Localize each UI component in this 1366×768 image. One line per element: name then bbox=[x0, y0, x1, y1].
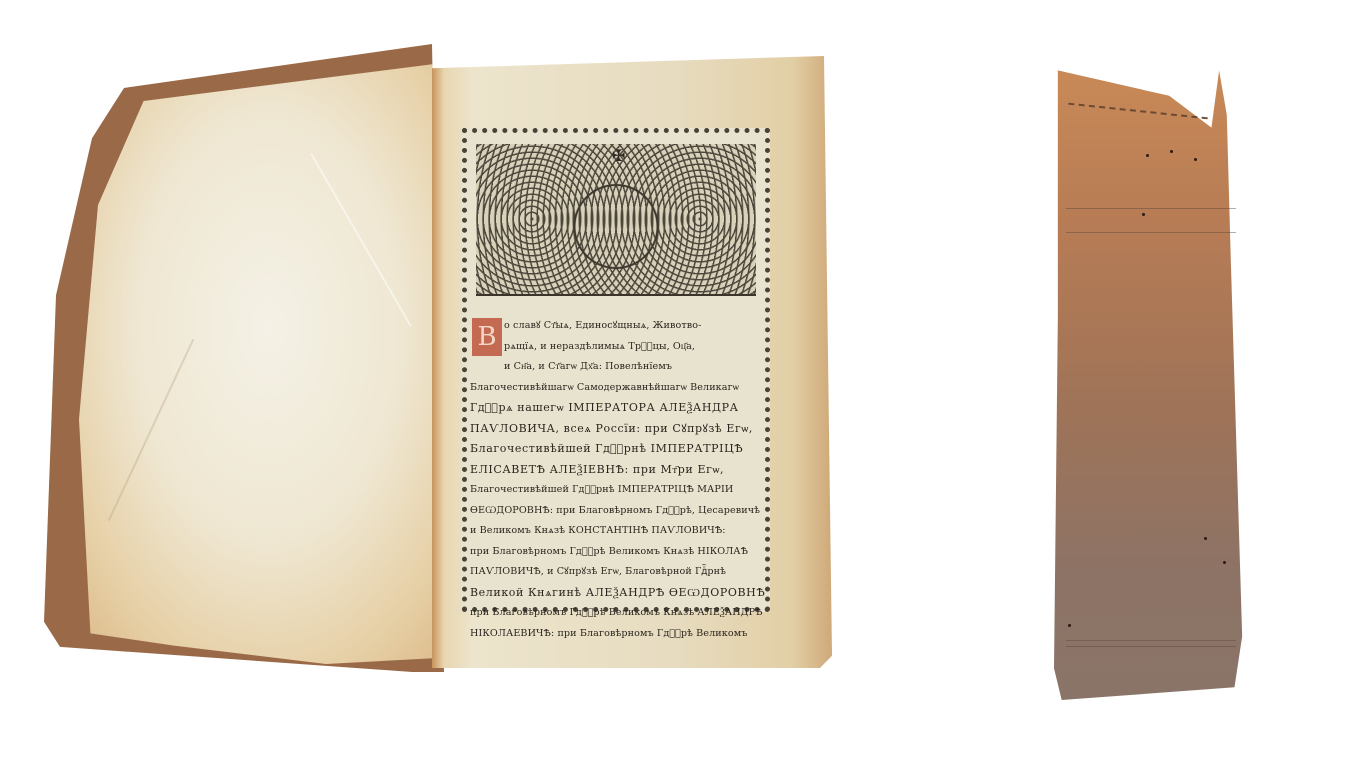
spine-band bbox=[1066, 232, 1236, 233]
wormhole bbox=[1068, 624, 1071, 627]
text-line: Благочестивѣйшей Гдⷭ҇рнѣ ІМПЕРАТРІЦѢ bbox=[470, 439, 766, 460]
text-line: Гдⷭ҇рѧ нашегѡ ІМПЕРАТОРА АЛЕѮАНДРА bbox=[470, 398, 766, 419]
spine-band bbox=[1066, 208, 1236, 209]
wormhole bbox=[1146, 154, 1149, 157]
text-line: Благочестивѣйшей Гдⷭ҇рнѣ ІМПЕРАТРІЦѢ МАР… bbox=[470, 480, 766, 501]
text-line: Благочестивѣйшагѡ Самодержавнѣйшагѡ Вели… bbox=[470, 378, 766, 399]
text-line: при Благовѣрномъ Гдⷭ҇рѣ Великомъ Кнѧзѣ А… bbox=[470, 603, 766, 624]
text-line: о славꙋ Ст҃ыѧ, Единосꙋщныѧ, Животво- bbox=[470, 316, 766, 337]
cross-icon: ✠ bbox=[612, 146, 625, 165]
wormhole bbox=[1194, 158, 1197, 161]
text-line: рѧщїѧ, и нераздѣлимыѧ Трⷪ҇цы, Оц҃а, bbox=[470, 337, 766, 358]
text-line: ПАѴЛОВИЧѢ, и Сꙋпрꙋзѣ Егѡ, Благовѣрной Гд… bbox=[470, 562, 766, 583]
spine-band bbox=[1066, 640, 1236, 641]
text-line: и Сн҃а, и Ст҃агѡ Дх҃а: Повелѣнїемъ bbox=[470, 357, 766, 378]
text-line: ПАѴЛОВИЧА, всеѧ Россїи: при Сꙋпрꙋзѣ Егѡ, bbox=[470, 419, 766, 440]
text-line: НІКОЛАЕВИЧѢ: при Благовѣрномъ Гдⷭ҇рѣ Вел… bbox=[470, 624, 766, 645]
text-line: и Великомъ Кнѧзѣ КОНСТАНТІНѢ ПАѴЛОВИЧѢ: bbox=[470, 521, 766, 542]
leather-spine bbox=[1054, 64, 1246, 700]
spine-band bbox=[1066, 646, 1236, 647]
wormhole bbox=[1142, 213, 1145, 216]
title-page-text: о славꙋ Ст҃ыѧ, Единосꙋщныѧ, Животво- рѧщ… bbox=[470, 316, 766, 644]
text-line: при Благовѣрномъ Гдⷭ҇рѣ Великомъ Кнѧзѣ Н… bbox=[470, 542, 766, 563]
trinity-engraving: ✠ bbox=[476, 144, 756, 296]
text-line: ЕЛІСАВЕТѢ АЛЕѮІЕВНѢ: при Мт҃ри Егѡ, bbox=[470, 460, 766, 481]
text-line: Великой Кнѧгинѣ АЛЕѮАНДРѢ ѲЕѠДОРОВНѢ: bbox=[470, 583, 766, 604]
wormhole bbox=[1170, 150, 1173, 153]
wormhole bbox=[1204, 537, 1207, 540]
wormhole bbox=[1223, 561, 1226, 564]
text-line: ѲЕѠДОРОВНѢ: при Благовѣрномъ Гдⷭ҇рѣ, Цес… bbox=[470, 501, 766, 522]
